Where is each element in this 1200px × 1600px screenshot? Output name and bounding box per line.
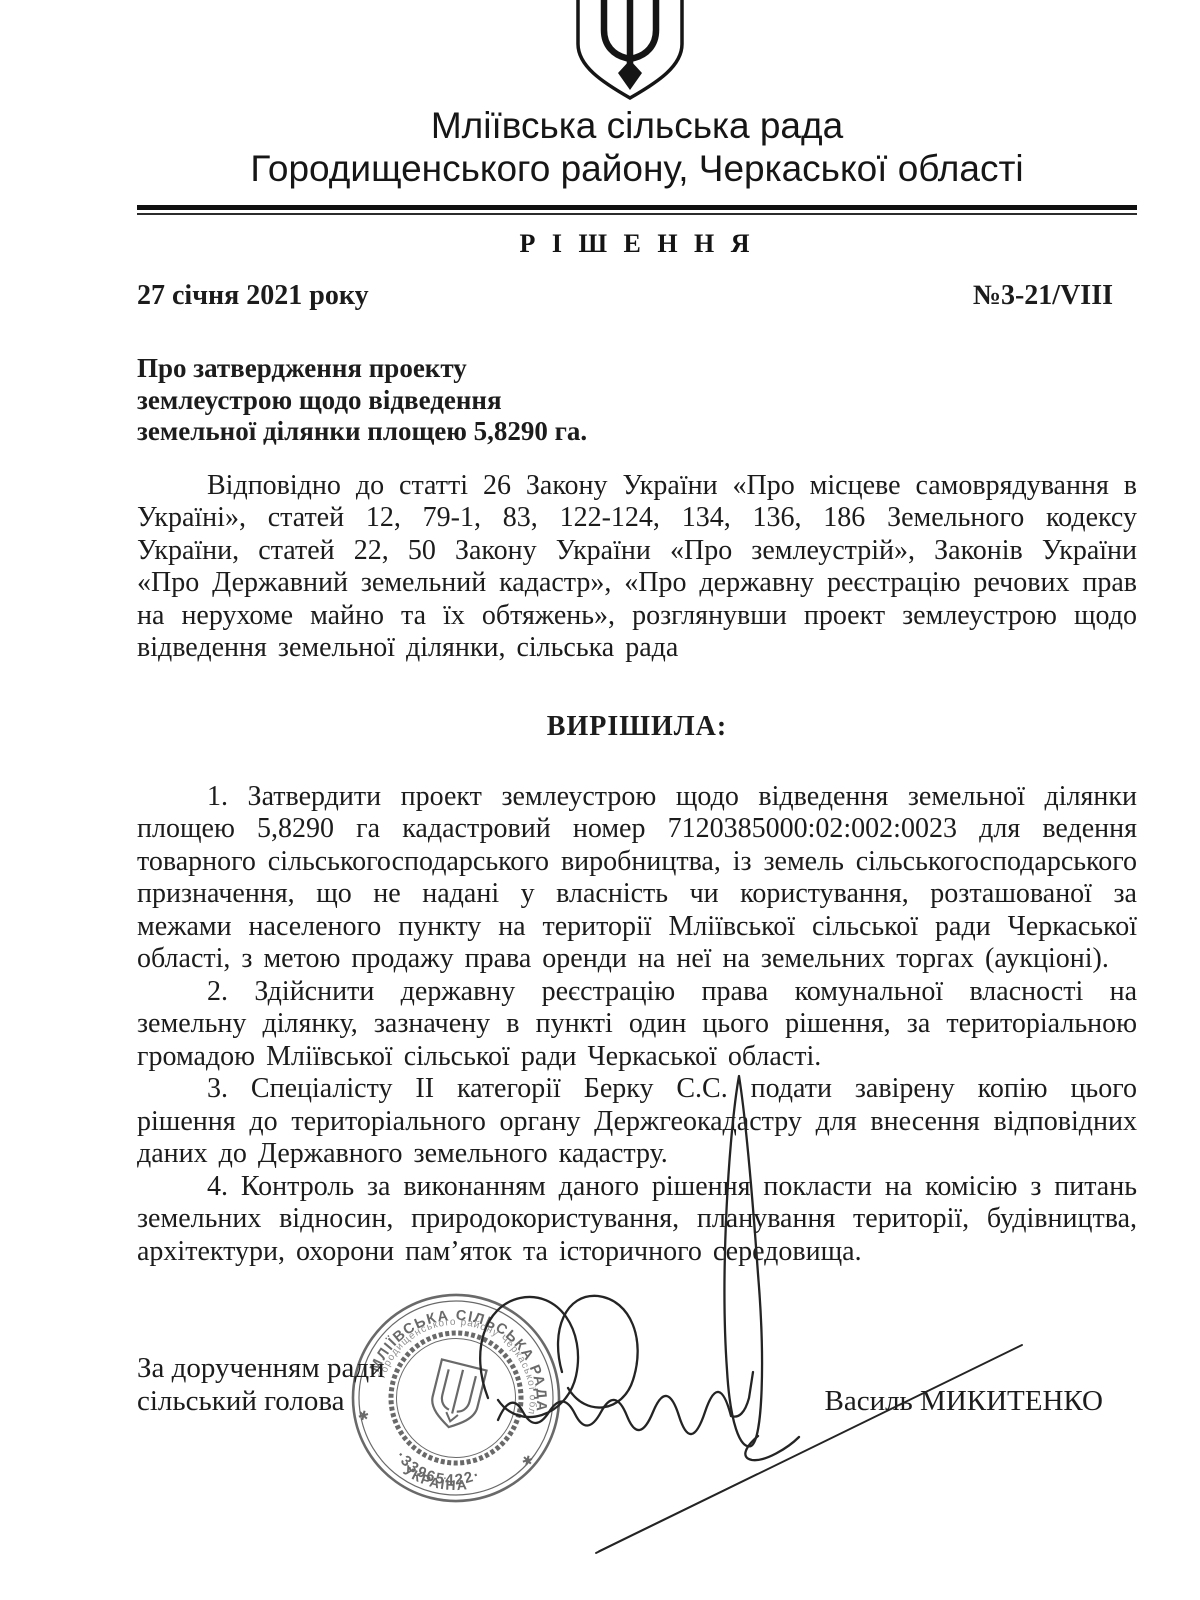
- signatory-title: За дорученням ради сільський голова: [137, 1352, 385, 1418]
- trident-base: [618, 60, 642, 90]
- document-date: 27 січня 2021 року: [137, 279, 369, 313]
- resolution-item-3: 3. Спеціалісту ІІ категорії Берку С.С. п…: [137, 1073, 1137, 1171]
- signatory-title-line1: За дорученням ради: [137, 1352, 385, 1385]
- document-title: Р І Ш Е Н Н Я: [137, 229, 1137, 259]
- subject-line3: земельної ділянки площею 5,8290 га.: [137, 416, 697, 448]
- trident-emblem-icon: [570, 0, 690, 102]
- document-number: №3-21/VIII: [973, 279, 1113, 313]
- resolution-heading: ВИРІШИЛА:: [137, 711, 1137, 743]
- subject-line1: Про затвердження проекту: [137, 353, 697, 385]
- org-name-line1: Мліївська сільська рада: [137, 104, 1137, 147]
- resolution-item-2: 2. Здійснити державну реєстрацію права к…: [137, 976, 1137, 1074]
- organization-header: Мліївська сільська рада Городищенського …: [137, 104, 1137, 190]
- preamble-paragraph: Відповідно до статті 26 Закону України «…: [137, 470, 1137, 665]
- subject-block: Про затвердження проекту землеустрою щод…: [137, 353, 697, 448]
- resolution-item-1: 1. Затвердити проект землеустрою щодо ві…: [137, 781, 1137, 976]
- signatory-title-line2: сільський голова: [137, 1385, 385, 1418]
- org-name-line2: Городищенського району, Черкаської облас…: [137, 147, 1137, 190]
- header-divider: [137, 205, 1137, 215]
- signatory-name: Василь МИКИТЕНКО: [824, 1385, 1103, 1418]
- resolution-items: 1. Затвердити проект землеустрою щодо ві…: [137, 781, 1137, 1269]
- resolution-item-4: 4. Контроль за виконанням даного рішення…: [137, 1171, 1137, 1269]
- signature-block: За дорученням ради сільський голова Васи…: [137, 1352, 1137, 1418]
- subject-line2: землеустрою щодо відведення: [137, 385, 697, 417]
- date-number-row: 27 січня 2021 року №3-21/VIII: [137, 279, 1137, 313]
- scanned-decision-document: Мліївська сільська рада Городищенського …: [0, 0, 1200, 1600]
